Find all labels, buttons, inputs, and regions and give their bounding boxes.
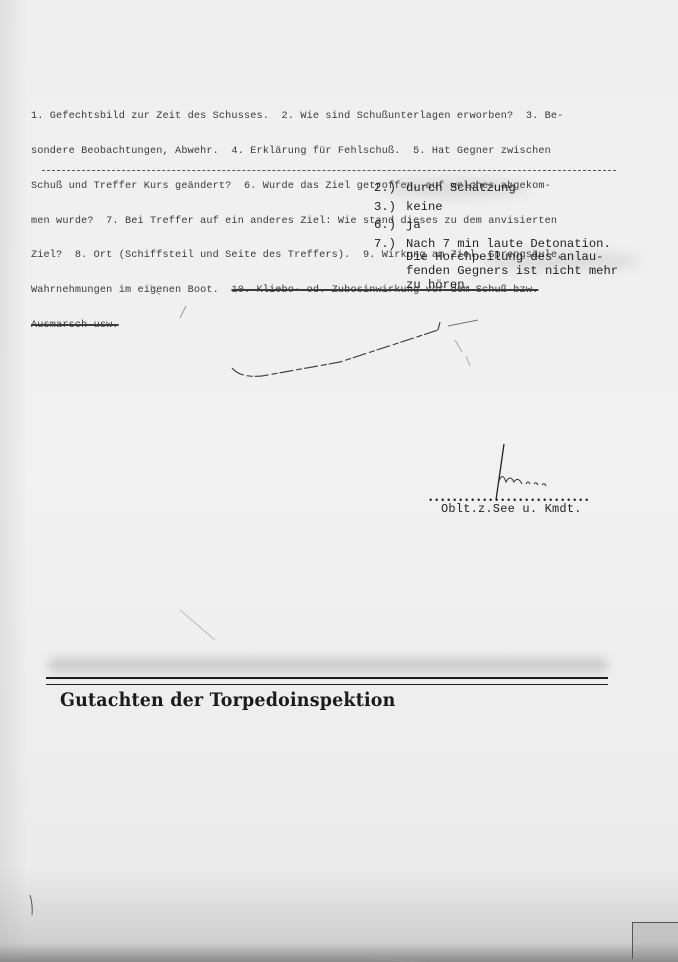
scan-smudge bbox=[48, 658, 608, 672]
answer-number: 7.) bbox=[374, 238, 406, 292]
dashed-separator bbox=[42, 170, 616, 171]
answer-item: 3.) keine bbox=[374, 201, 664, 215]
scan-edge-shadow bbox=[0, 0, 28, 962]
question-line: sondere Beobachtungen, Abwehr. 4. Erklär… bbox=[31, 146, 621, 158]
document-page: 1. Gefechtsbild zur Zeit des Schusses. 2… bbox=[0, 0, 678, 962]
answer-item: 2.) durch Schätzung bbox=[374, 182, 664, 196]
scan-corner-mark bbox=[632, 922, 678, 959]
question-line: 1. Gefechtsbild zur Zeit des Schusses. 2… bbox=[31, 111, 621, 123]
question-text: Wahrnehmungen im eigenen Boot. bbox=[31, 285, 231, 296]
double-rule-divider bbox=[46, 677, 608, 685]
struck-question-text: Ausmarsch usw. bbox=[31, 320, 119, 331]
signatory-rank: Oblt.z.See u. Kmdt. bbox=[441, 502, 582, 516]
answer-item: 7.) Nach 7 min laute Detonation. Die Hor… bbox=[374, 238, 664, 292]
question-line: Ausmarsch usw. bbox=[31, 320, 621, 332]
handwritten-signature bbox=[470, 440, 560, 500]
answer-number: 3.) bbox=[374, 201, 406, 215]
answer-number: 6.) bbox=[374, 219, 406, 233]
answer-text: Nach 7 min laute Detonation. Die Horchpe… bbox=[406, 238, 618, 292]
answer-list: 2.) durch Schätzung 3.) keine 6.) ja 7.)… bbox=[374, 182, 664, 297]
answer-item: 6.) ja bbox=[374, 219, 664, 233]
answer-text: keine bbox=[406, 201, 443, 215]
answer-text: ja bbox=[406, 219, 421, 233]
answer-text: durch Schätzung bbox=[406, 182, 516, 196]
section-heading: Gutachten der Torpedoinspektion bbox=[60, 689, 396, 711]
answer-number: 2.) bbox=[374, 182, 406, 196]
